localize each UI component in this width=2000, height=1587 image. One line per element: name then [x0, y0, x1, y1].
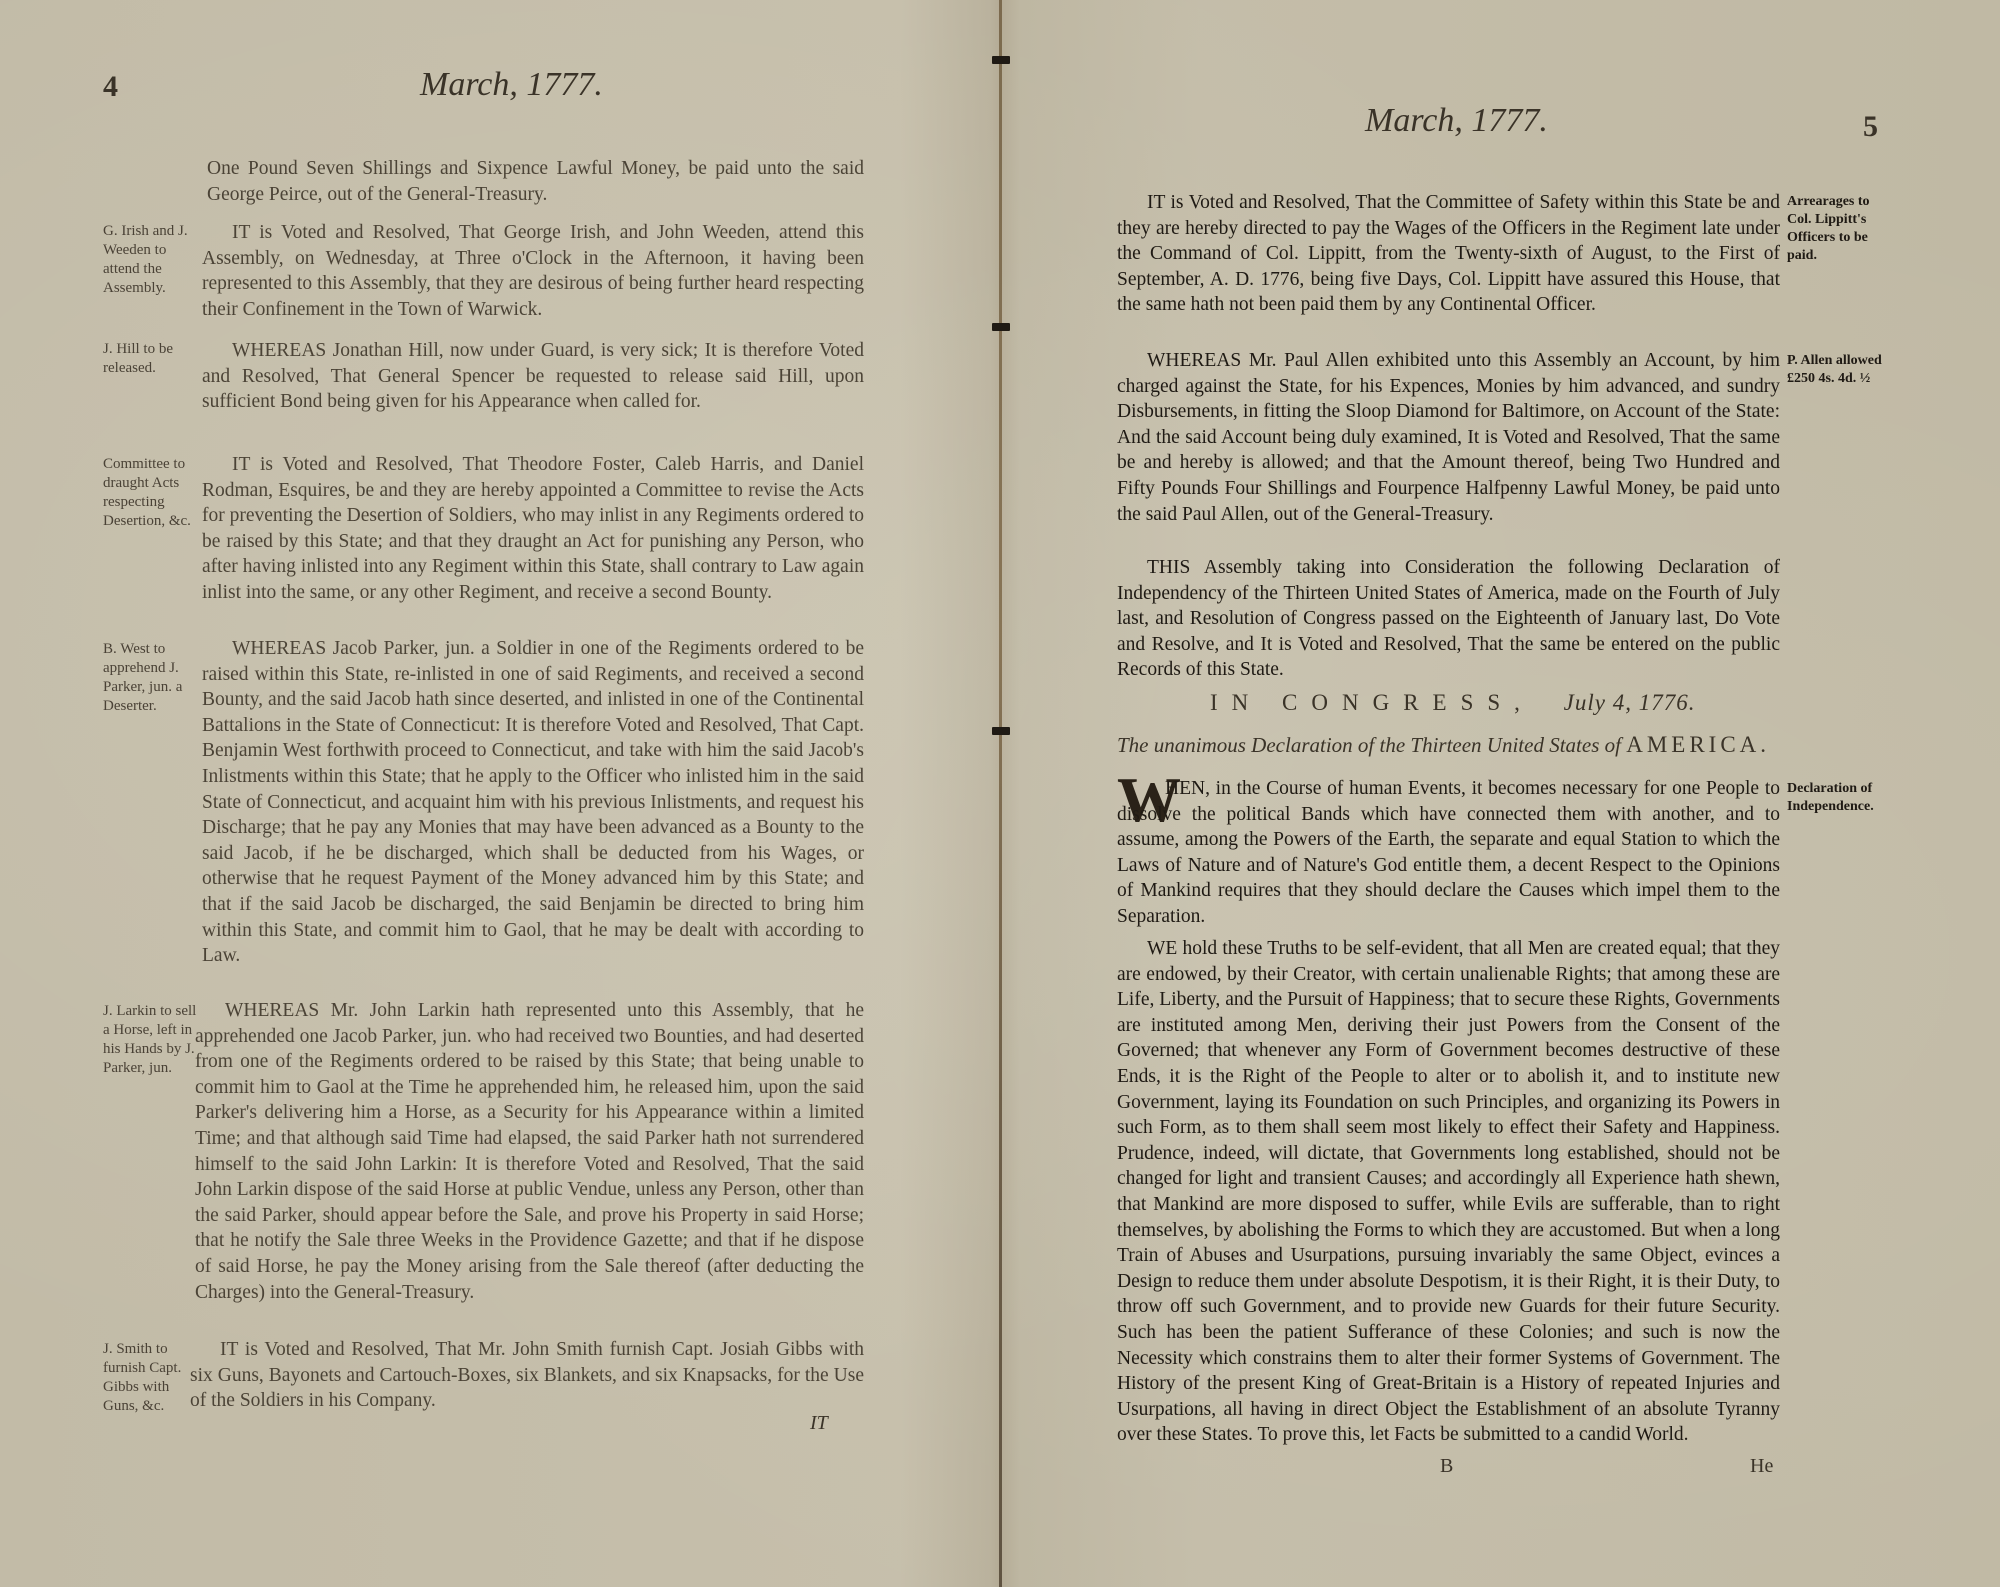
running-head: March, 1777.: [1365, 102, 1548, 140]
entry-text: WHEREAS Jacob Parker, jun. a Soldier in …: [202, 636, 864, 969]
margin-note: Declaration of Independence.: [1787, 780, 1897, 816]
margin-note: Arrearages to Col. Lippitt's Officers to…: [1787, 193, 1897, 265]
margin-note: J. Larkin to sell a Horse, left in his H…: [103, 1002, 201, 1078]
margin-note: J. Hill to be released.: [103, 340, 201, 378]
page-number: 5: [1863, 110, 1878, 144]
declaration-second-paragraph: WE hold these Truths to be self-evident,…: [1117, 936, 1780, 1448]
margin-note: Committee to draught Acts respecting Des…: [103, 455, 201, 531]
entry-text: THIS Assembly taking into Consideration …: [1117, 555, 1780, 683]
declaration-first-paragraph: HEN, in the Course of human Events, it b…: [1117, 776, 1780, 930]
margin-note: G. Irish and J. Weeden to attend the Ass…: [103, 222, 201, 298]
entry-text: One Pound Seven Shillings and Sixpence L…: [207, 156, 864, 207]
entry-text: IT is Voted and Resolved, That Theodore …: [202, 452, 864, 606]
signature-mark: B: [1440, 1455, 1453, 1478]
margin-note: P. Allen allowed £250 4s. 4d. ½: [1787, 352, 1897, 388]
margin-note: J. Smith to furnish Capt. Gibbs with Gun…: [103, 1340, 201, 1416]
left-page: 4 March, 1777. One Pound Seven Shillings…: [0, 0, 995, 1587]
entry-text: WHEREAS Mr. Paul Allen exhibited unto th…: [1117, 348, 1780, 527]
page-number: 4: [103, 70, 118, 104]
running-head: March, 1777.: [420, 66, 603, 104]
catchword: IT: [810, 1412, 828, 1435]
entry-text: IT is Voted and Resolved, That the Commi…: [1117, 190, 1780, 318]
open-book-spread: 4 March, 1777. One Pound Seven Shillings…: [0, 0, 2000, 1587]
entry-text: IT is Voted and Resolved, That Mr. John …: [190, 1337, 864, 1414]
book-spine-fold: [999, 0, 1002, 1587]
entry-text: IT is Voted and Resolved, That George Ir…: [202, 220, 864, 322]
declaration-title: The unanimous Declaration of the Thirtee…: [1117, 732, 1770, 758]
catchword: He: [1750, 1455, 1773, 1478]
entry-text: WHEREAS Jonathan Hill, now under Guard, …: [202, 338, 864, 415]
margin-note: B. West to apprehend J. Parker, jun. a D…: [103, 640, 201, 716]
congress-heading: IN CONGRESS, July 4, 1776.: [1210, 690, 1695, 716]
entry-text: WHEREAS Mr. John Larkin hath represented…: [195, 998, 864, 1305]
right-page: March, 1777. 5 IT is Voted and Resolved,…: [1005, 0, 2000, 1587]
